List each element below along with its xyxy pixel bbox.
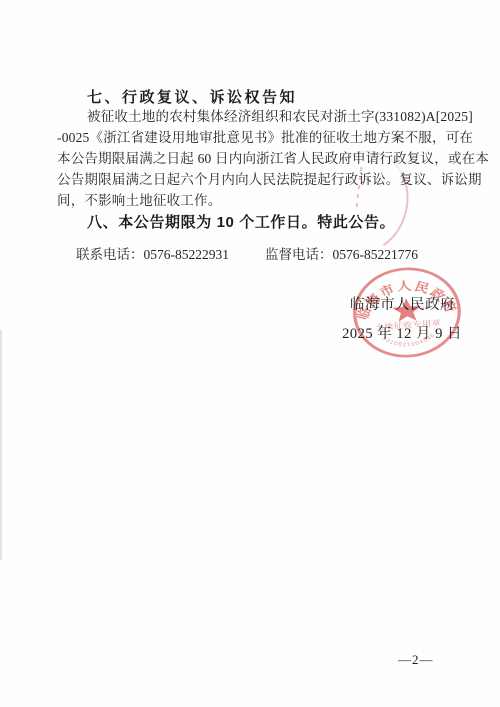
section8-heading: 八、本公告期限为 10 个工作日。特此公告。 bbox=[87, 211, 395, 232]
body-line: 公告期限届满之日起六个月内向人民法院提起行政诉讼。复议、诉讼期 bbox=[57, 169, 459, 190]
scan-edge-artifact bbox=[0, 330, 2, 560]
announcement-page: 七、行政复议、诉讼权告知 被征收土地的农村集体经济组织和农民对浙土字(33108… bbox=[0, 0, 500, 707]
contact-phone: 联系电话：0576-85222931 bbox=[76, 247, 229, 262]
section7-paragraph: 被征收土地的农村集体经济组织和农民对浙土字(331082)A[2025] -00… bbox=[57, 106, 459, 211]
phone-row: 联系电话：0576-85222931监督电话：0576-85221776 bbox=[76, 243, 418, 263]
body-line: 被征收土地的农村集体经济组织和农民对浙土字(331082)A[2025] bbox=[57, 106, 459, 127]
section7-heading: 七、行政复议、诉讼权告知 bbox=[87, 86, 297, 107]
body-line: 本公告期限届满之日起 60 日内向浙江省人民政府申请行政复议，或在本 bbox=[57, 148, 459, 169]
signature-organization: 临海市人民政府 bbox=[350, 293, 455, 314]
supervision-phone: 监督电话：0576-85221776 bbox=[265, 247, 418, 262]
page-number: —2— bbox=[398, 652, 434, 668]
body-line: 间，不影响土地征收工作。 bbox=[57, 190, 459, 211]
signature-date: 2025 年 12 月 9 日 bbox=[342, 322, 462, 343]
body-line: -0025《浙江省建设用地审批意见书》批准的征收土地方案不服，可在 bbox=[57, 127, 459, 148]
